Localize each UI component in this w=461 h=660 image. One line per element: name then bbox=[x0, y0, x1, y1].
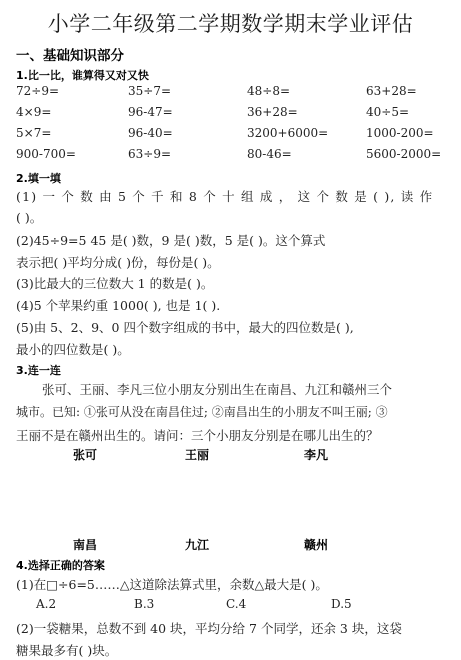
calc-item: 96-47= bbox=[128, 105, 173, 119]
q3-paragraph-line-1: 张可、王丽、李凡三位小朋友分别出生在南昌、九江和赣州三个 bbox=[42, 380, 392, 398]
calc-item: 5600-2000= bbox=[366, 147, 441, 161]
q2-heading: 2.填一填 bbox=[16, 170, 61, 186]
calc-item: 4×9= bbox=[16, 105, 51, 119]
calc-item: 40÷5= bbox=[366, 105, 409, 119]
q4-option-a[interactable]: A.2 bbox=[36, 597, 56, 611]
q3-paragraph-line-2: 城市。已知: ①张可从没在南昌住过; ②南昌出生的小朋友不叫王丽; ③ bbox=[16, 403, 388, 420]
q3-paragraph-line-3: 王丽不是在赣州出生的。请问：三个小朋友分别是在哪儿出生的？ bbox=[16, 426, 379, 444]
q3-heading: 3.连一连 bbox=[16, 362, 61, 378]
q2-line-2: ( )。 bbox=[16, 208, 42, 226]
match-city-jiujiang[interactable]: 九江 bbox=[185, 536, 209, 553]
q2-line-7: (5)由 5、2、9、0 四个数字组成的书中，最大的四位数是( ), bbox=[16, 318, 354, 336]
q1-heading: 1.比一比，谁算得又对又快 bbox=[16, 67, 149, 83]
q4-heading: 4.选择正确的答案 bbox=[16, 557, 105, 573]
q2-line-1: (1) 一 个 数 由 5 个 千 和 8 个 十 组 成 ， 这 个 数 是 … bbox=[16, 187, 433, 205]
match-person-lifan[interactable]: 李凡 bbox=[304, 446, 328, 463]
q2-line-6: (4)5 个苹果约重 1000( ), 也是 1( ). bbox=[16, 296, 220, 314]
q2-line-5: (3)比最大的三位数大 1 的数是( )。 bbox=[16, 274, 213, 292]
q4-option-c[interactable]: C.4 bbox=[226, 597, 246, 611]
calc-item: 63+28= bbox=[366, 84, 417, 98]
calc-item: 48÷8= bbox=[247, 84, 290, 98]
calc-item: 3200+6000= bbox=[247, 126, 328, 140]
q4-option-d[interactable]: D.5 bbox=[331, 597, 352, 611]
exam-page: 小学二年级第二学期数学期末学业评估 一、基础知识部分 1.比一比，谁算得又对又快… bbox=[0, 0, 461, 660]
calc-item: 900-700= bbox=[16, 147, 76, 161]
calc-item: 1000-200= bbox=[366, 126, 434, 140]
q4-item-2-line-2: 糖果最多有( )块。 bbox=[16, 641, 117, 659]
q4-option-b[interactable]: B.3 bbox=[134, 597, 154, 611]
match-person-wangli[interactable]: 王丽 bbox=[185, 446, 209, 463]
match-city-ganzhou[interactable]: 赣州 bbox=[304, 536, 328, 553]
calc-item: 80-46= bbox=[247, 147, 292, 161]
q2-line-4: 表示把( )平均分成( )份，每份是( )。 bbox=[16, 253, 220, 271]
calc-item: 35÷7= bbox=[128, 84, 171, 98]
calc-item: 72÷9= bbox=[16, 84, 59, 98]
calc-item: 63÷9= bbox=[128, 147, 171, 161]
match-city-nanchang[interactable]: 南昌 bbox=[73, 536, 97, 553]
calc-item: 96-40= bbox=[128, 126, 173, 140]
q2-line-3: (2)45÷9=5 45 是( )数，9 是( )数，5 是( )。这个算式 bbox=[16, 231, 325, 249]
section-heading-basics: 一、基础知识部分 bbox=[16, 44, 124, 64]
q4-item-1-text: (1)在□÷6=5……△这道除法算式里，余数△最大是( )。 bbox=[16, 575, 328, 593]
match-person-zhangke[interactable]: 张可 bbox=[73, 446, 97, 463]
q2-line-8: 最小的四位数是( )。 bbox=[16, 340, 130, 358]
page-title: 小学二年级第二学期数学期末学业评估 bbox=[0, 8, 461, 38]
calc-item: 5×7= bbox=[16, 126, 51, 140]
q4-item-2-line-1: (2)一袋糖果，总数不到 40 块，平均分给 7 个同学，还余 3 块，这袋 bbox=[16, 619, 402, 637]
calc-item: 36+28= bbox=[247, 105, 298, 119]
